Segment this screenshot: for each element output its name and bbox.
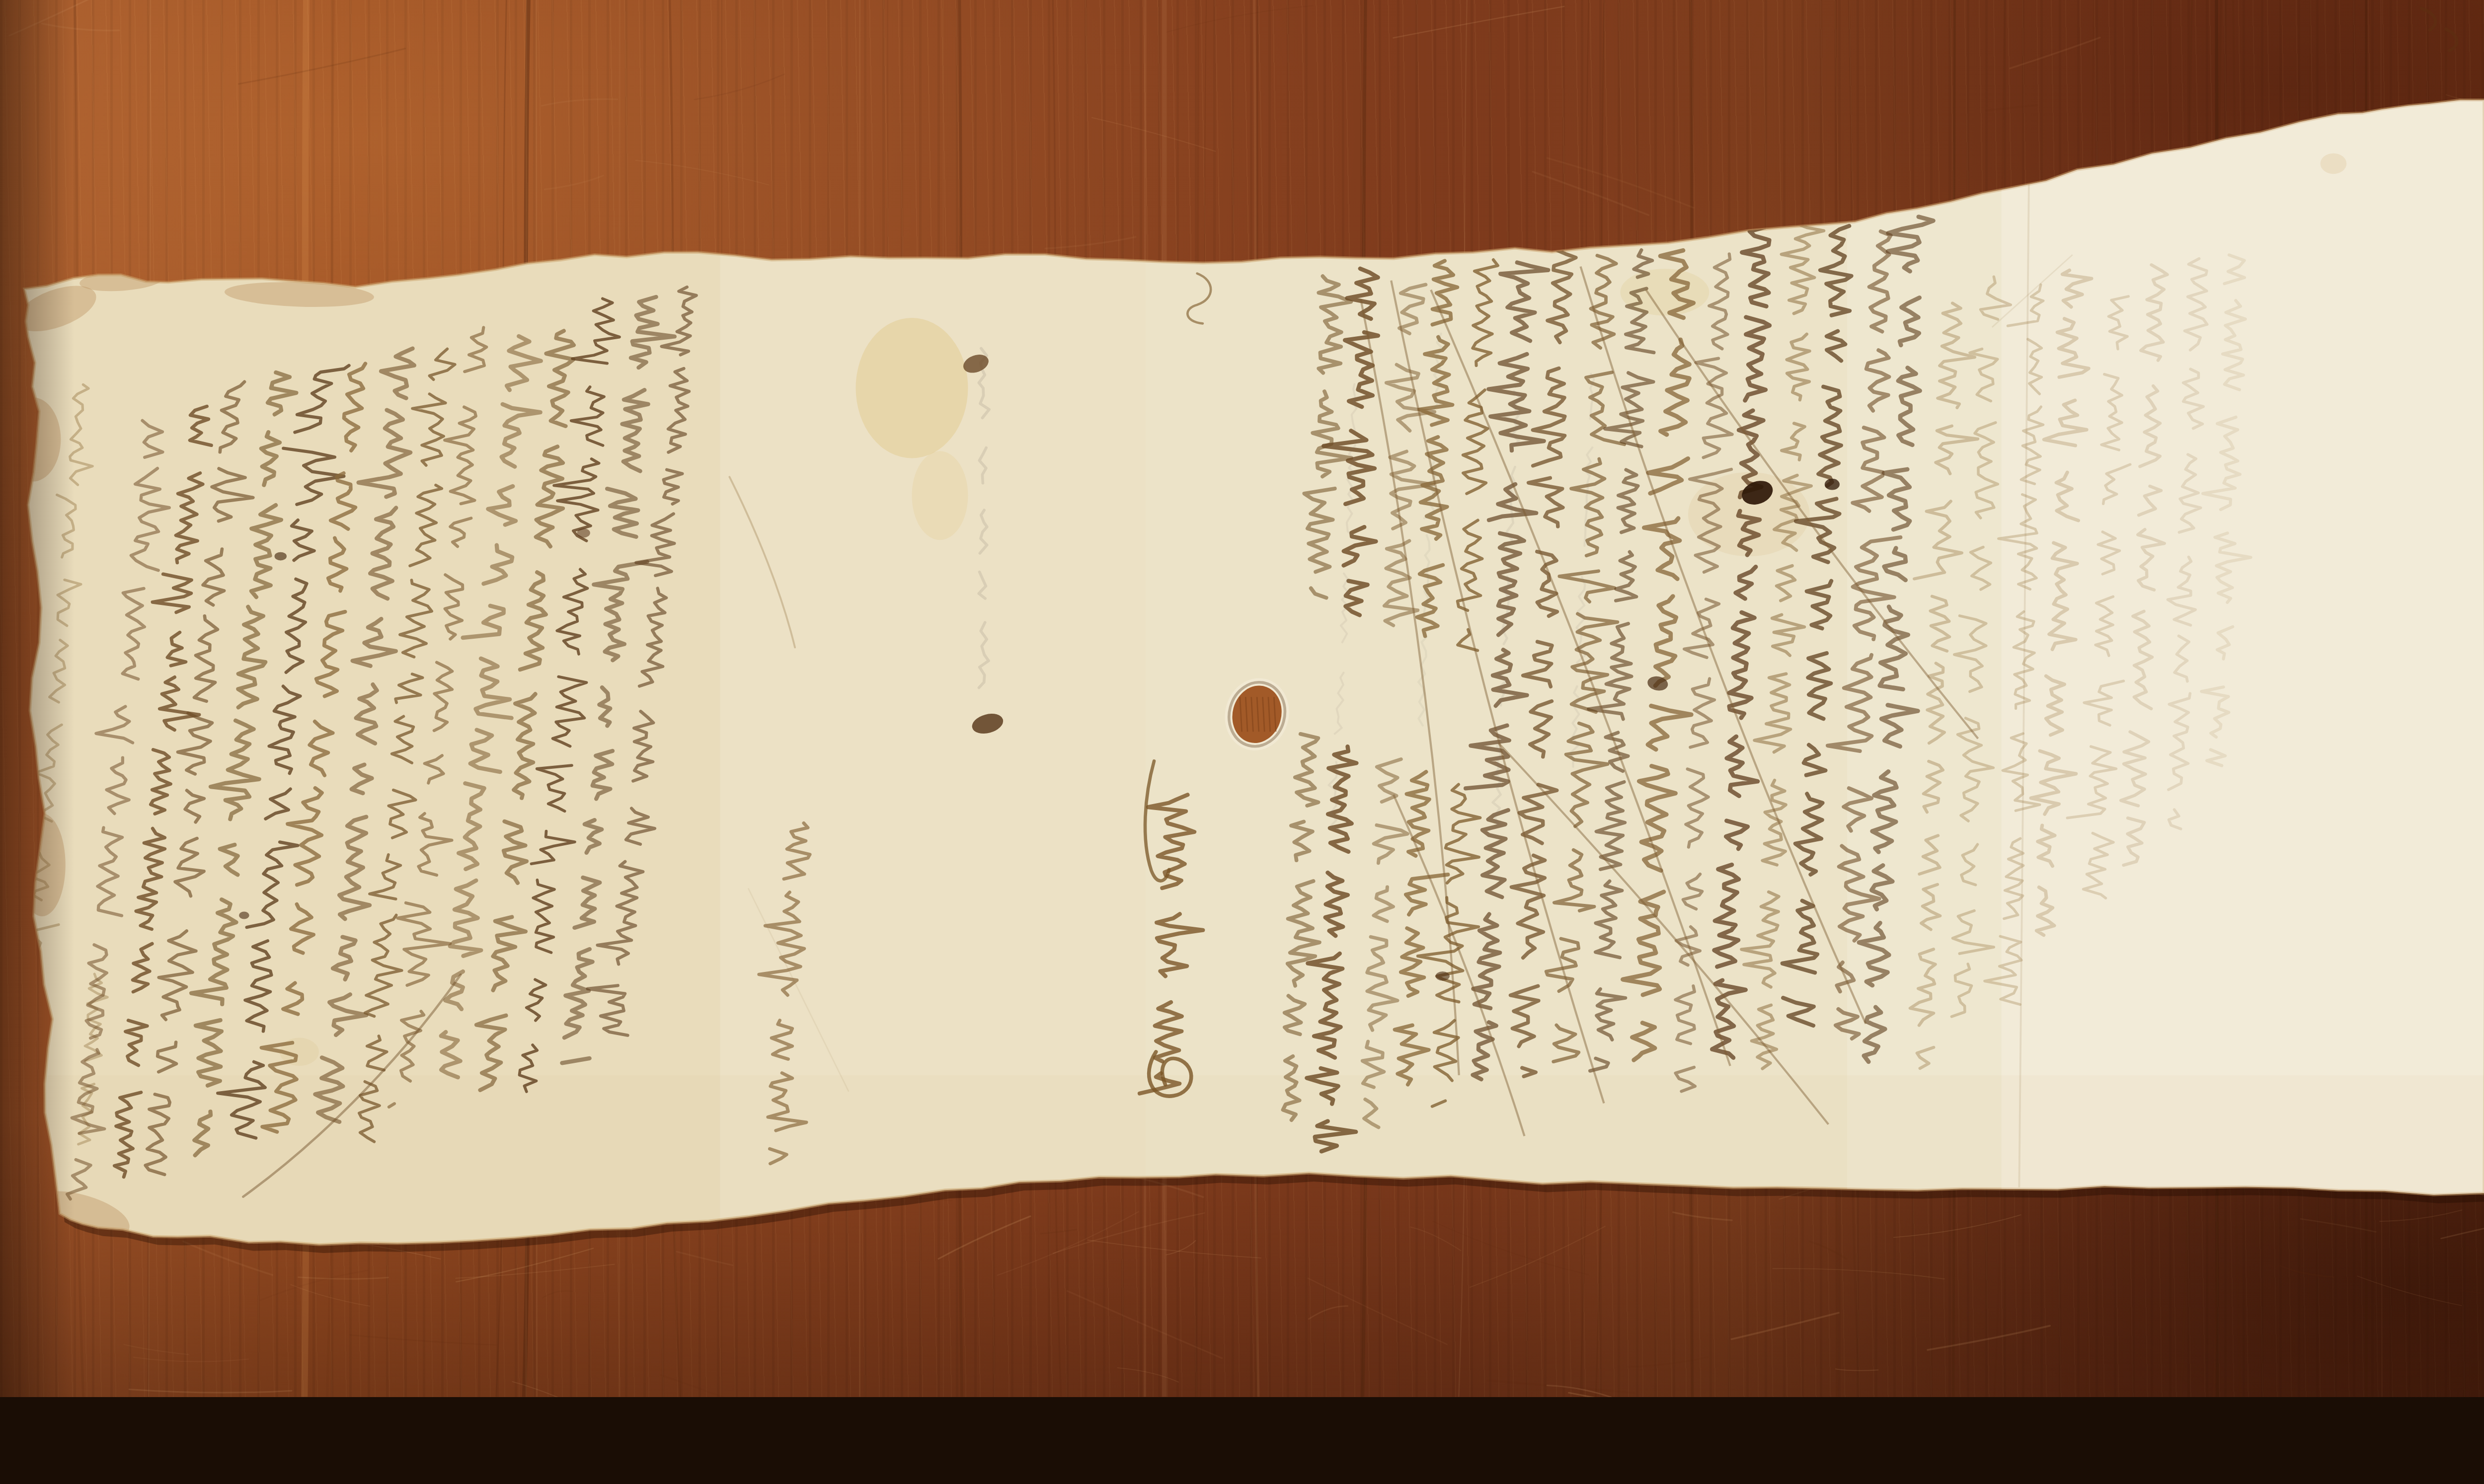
scratch — [635, 160, 769, 185]
scratch — [2010, 38, 2100, 69]
scratch — [2380, 1210, 2462, 1221]
scratch — [661, 1375, 819, 1397]
scratch — [938, 1216, 1030, 1259]
scratch — [1092, 118, 1216, 151]
scratch — [1117, 1368, 1178, 1382]
scratch — [1986, 105, 2037, 111]
ink-blot — [577, 528, 590, 538]
scratch — [2280, 1265, 2334, 1277]
scratch — [134, 1357, 249, 1362]
scratch — [1041, 1230, 1077, 1234]
scratch — [2460, 1291, 2484, 1320]
scratch — [1628, 1357, 1708, 1367]
scratch — [542, 99, 618, 106]
scratch — [1731, 1313, 1839, 1339]
scratch — [1045, 237, 1136, 248]
scratch — [1053, 1213, 1204, 1253]
photo-canvas — [0, 0, 2484, 1397]
ink-blot — [239, 911, 249, 919]
scratch — [1773, 1268, 1944, 1279]
scratch — [1547, 158, 1694, 208]
scratch — [1533, 172, 1648, 215]
scratch — [350, 1335, 496, 1345]
scratch — [2357, 1276, 2462, 1306]
wood-pen-mark — [2421, 8, 2435, 30]
scratch — [2301, 1219, 2376, 1232]
scratch — [1087, 1240, 1261, 1258]
ink-blot — [1436, 971, 1450, 981]
scratch — [677, 1252, 733, 1265]
ink-blot — [275, 552, 287, 561]
scratch — [129, 1390, 292, 1393]
scratch — [1393, 6, 1564, 38]
photo-of-manuscript-on-table: Photograph of an early-modern handwritte… — [0, 0, 2484, 1397]
scratch — [1569, 1393, 1708, 1397]
stain — [2321, 153, 2347, 174]
ink-blot — [1825, 479, 1840, 490]
scratch — [2441, 1206, 2484, 1239]
scratch — [695, 74, 784, 99]
scratch — [1810, 1242, 1847, 1259]
scratch — [1167, 5, 1314, 32]
scratch — [543, 1291, 573, 1298]
scratch — [1894, 1215, 2021, 1237]
stain — [912, 451, 968, 540]
scratch — [1673, 1212, 1732, 1220]
scratch — [1309, 1306, 1347, 1319]
stain — [856, 318, 968, 458]
scratch — [1487, 1381, 1635, 1393]
scratch — [456, 1264, 615, 1278]
scratch — [42, 23, 119, 30]
wood-pen-mark — [2446, 29, 2457, 50]
scratch — [298, 1277, 388, 1279]
scratch — [1928, 1326, 2050, 1350]
scratch — [544, 176, 603, 190]
scratch — [1308, 1278, 1447, 1344]
scratch — [260, 1270, 368, 1300]
wood-pen-marks — [2421, 8, 2457, 51]
scratch — [239, 49, 405, 84]
scratch — [1836, 1369, 1878, 1370]
scratch — [124, 1344, 188, 1354]
